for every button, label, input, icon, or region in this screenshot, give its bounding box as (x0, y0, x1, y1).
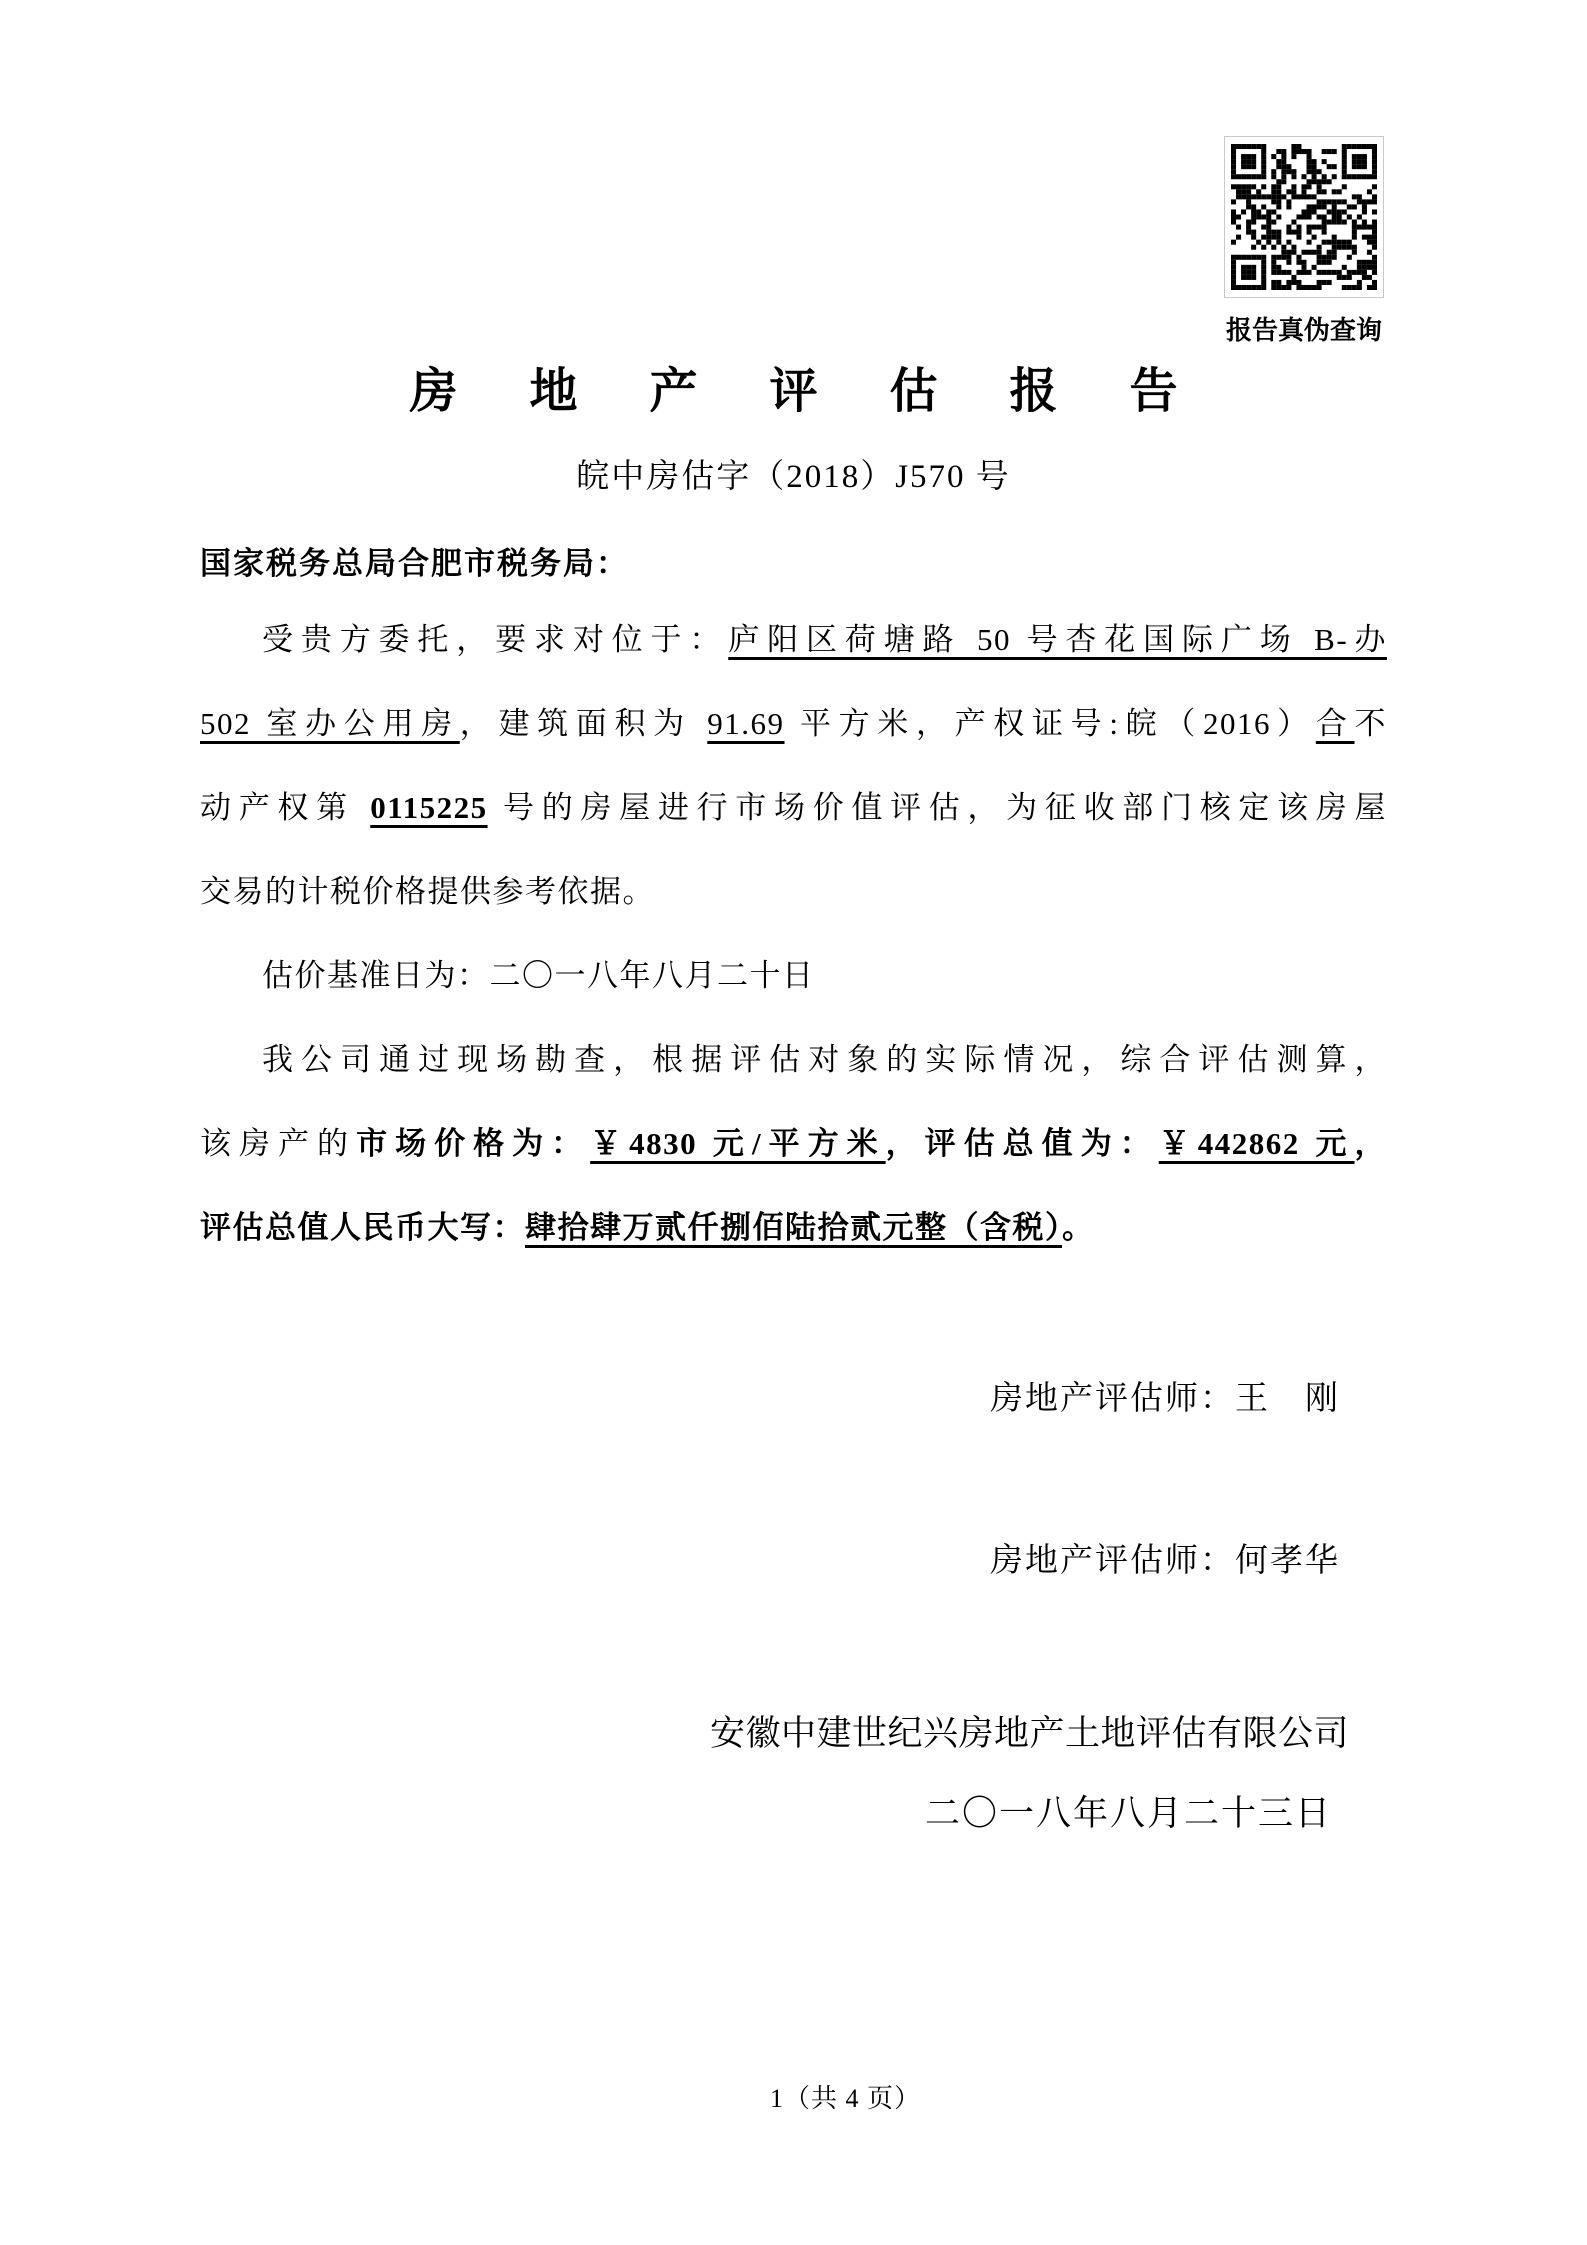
text-segment: 平方米，产权证号:皖（2016） (785, 706, 1316, 741)
appraiser-signature-2: 房地产评估师：何孝华 (990, 1534, 1340, 1581)
text-segment: ￥4830 元/平方米 (590, 1126, 885, 1161)
text-segment: 我公司通过现场勘查，根据评估对象的实际情况，综合评估测算， (262, 1042, 1387, 1077)
text-segment: 评估总值人民币大写： (200, 1210, 525, 1245)
body-lines: 受贵方委托，要求对位于：庐阳区荷塘路 50 号杏花国际广场 B-办502 室办公… (200, 598, 1387, 1270)
text-segment: 0115225 (370, 790, 487, 825)
body-line: 该房产的市场价格为：￥4830 元/平方米，评估总值为：￥442862 元， (200, 1102, 1387, 1186)
qr-code-icon (1231, 144, 1377, 290)
appraiser-label: 房地产评估师： (990, 1381, 1235, 1417)
company-name: 安徽中建世纪兴房地产土地评估有限公司 (710, 1706, 1349, 1756)
report-number: 皖中房估字（2018）J570 号 (0, 450, 1587, 497)
text-segment: ， (1355, 1126, 1388, 1161)
appraiser-name: 何孝华 (1235, 1543, 1340, 1579)
text-segment: 交易的计税价格提供参考依据。 (200, 874, 655, 909)
document-page: 报告真伪查询 房地产评估报告 皖中房估字（2018）J570 号 国家税务总局合… (0, 0, 1587, 2245)
text-segment: 号的房屋进行市场价值评估，为征收部门核定该房屋 (488, 790, 1387, 825)
text-segment: 91.69 (707, 706, 784, 741)
appraiser-signature-1: 房地产评估师：王 刚 (990, 1372, 1340, 1419)
page-number: 1（共 4 页） (0, 2078, 1587, 2115)
body-line: 我公司通过现场勘查，根据评估对象的实际情况，综合评估测算， (200, 1018, 1387, 1102)
text-segment: 庐阳区荷塘路 50 号杏花国际广场 B-办 (728, 622, 1387, 657)
body-line: 动产权第 0115225 号的房屋进行市场价值评估，为征收部门核定该房屋 (200, 766, 1387, 850)
text-segment: 不 (1355, 706, 1388, 741)
appraiser-label: 房地产评估师： (990, 1543, 1235, 1579)
text-segment: ￥442862 元 (1159, 1126, 1355, 1161)
body-line: 交易的计税价格提供参考依据。 (200, 850, 1387, 934)
text-segment: ，建筑面积为 (460, 706, 707, 741)
report-title: 房地产评估报告 (0, 352, 1587, 421)
addressee: 国家税务总局合肥市税务局： (200, 538, 629, 583)
text-segment: 肆拾肆万贰仟捌佰陆拾贰元整（含税） (525, 1210, 1062, 1245)
text-segment: 502 室办公用房 (200, 706, 460, 741)
body-line: 评估总值人民币大写：肆拾肆万贰仟捌佰陆拾贰元整（含税）。 (200, 1186, 1387, 1270)
text-segment: 动产权第 (200, 790, 370, 825)
text-segment: 合 (1316, 706, 1355, 741)
text-segment: ，评估总值为： (886, 1126, 1159, 1161)
qr-code (1224, 136, 1384, 298)
appraiser-name: 王 刚 (1235, 1381, 1340, 1417)
body-line: 受贵方委托，要求对位于：庐阳区荷塘路 50 号杏花国际广场 B-办 (200, 598, 1387, 682)
text-segment: 该房产的 (200, 1126, 356, 1161)
text-segment: 。 (1062, 1210, 1095, 1245)
report-date: 二〇一八年八月二十三日 (925, 1786, 1332, 1836)
text-segment: 受贵方委托，要求对位于： (262, 622, 728, 657)
qr-caption: 报告真伪查询 (1214, 310, 1394, 347)
text-segment: 市场价格为： (356, 1126, 590, 1161)
body-line: 估价基准日为：二〇一八年八月二十日 (200, 934, 1387, 1018)
body-line: 502 室办公用房，建筑面积为 91.69 平方米，产权证号:皖（2016）合不 (200, 682, 1387, 766)
text-segment: 估价基准日为：二〇一八年八月二十日 (262, 958, 815, 993)
